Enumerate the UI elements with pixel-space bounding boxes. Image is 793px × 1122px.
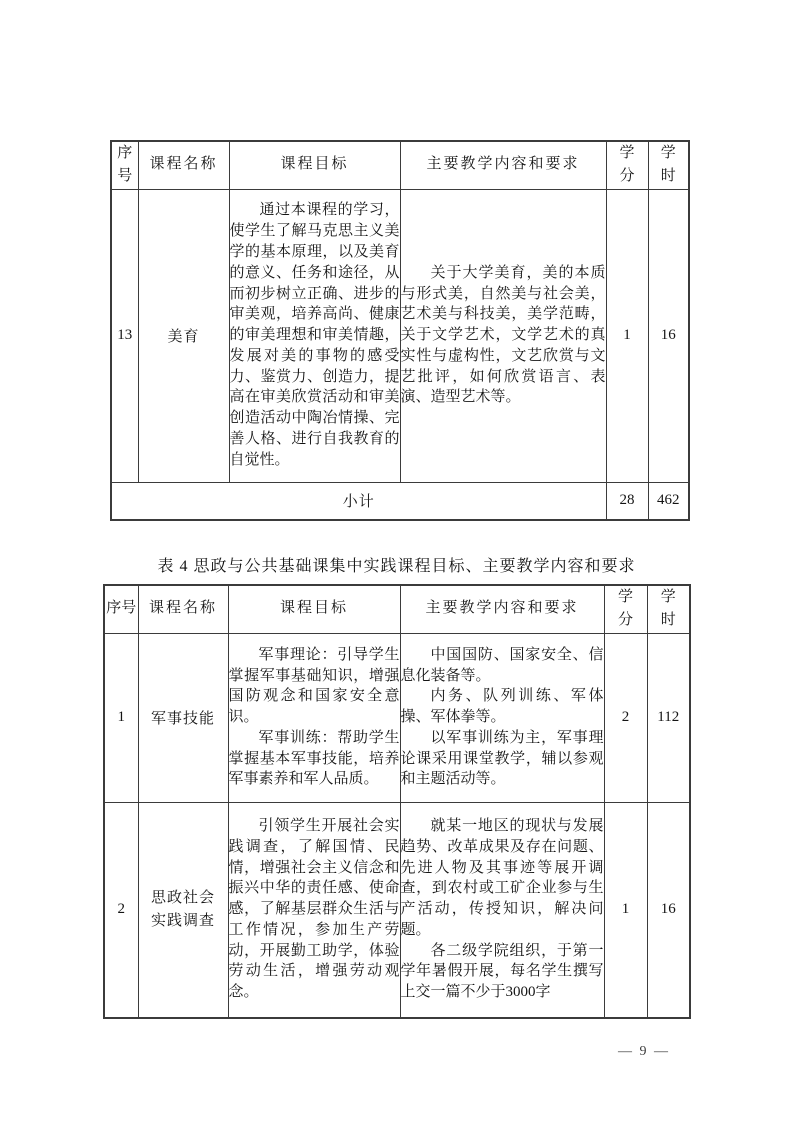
- table-row-military-skills: 1 军事技能 军事理论：引导学生掌握军事基础知识，增强国防观念和国家安全意识。 …: [104, 633, 690, 802]
- course-name: 美育: [138, 189, 229, 482]
- course-name: 军事技能: [138, 633, 228, 802]
- course-objective: 引领学生开展社会实践调查，了解国情、民情，增强社会主义信念和振兴中华的责任感、使…: [228, 802, 400, 1018]
- practice-courses-table: 序号 课程名称 课程目标 主要教学内容和要求 学分 学时 1 军事技能 军事理论…: [103, 584, 691, 1019]
- table1-col-header-content: 主要教学内容和要求: [400, 141, 606, 189]
- subtotal-row: 小计 28 462: [111, 482, 689, 520]
- subtotal-label: 小计: [111, 482, 606, 520]
- document-page: 序号 课程名称 课程目标 主要教学内容和要求 学分 学时 13 美育 通过本课程…: [0, 0, 793, 1122]
- subtotal-credits: 28: [606, 482, 648, 520]
- table4-title: 表 4 思政与公共基础课集中实践课程目标、主要教学内容和要求: [0, 553, 793, 576]
- course-credits: 1: [604, 802, 647, 1018]
- content-paragraph: 内务、队列训练、军体操、军体拳等。: [401, 686, 604, 728]
- table1-col-header-seq: 序号: [111, 141, 138, 189]
- table-row-social-practice-survey: 2 思政社会实践调查 引领学生开展社会实践调查，了解国情、民情，增强社会主义信念…: [104, 802, 690, 1018]
- objective-paragraph: 引领学生开展社会实践调查，了解国情、民情，增强社会主义信念和振兴中华的责任感、使…: [229, 816, 400, 1003]
- content-paragraph: 中国国防、国家安全、信息化装备等。: [401, 645, 604, 687]
- table2-col-header-seq: 序号: [104, 585, 138, 633]
- table1-col-header-hours: 学时: [648, 141, 689, 189]
- course-seq: 2: [104, 802, 138, 1018]
- table2-col-header-hours: 学时: [647, 585, 690, 633]
- table2-col-header-content: 主要教学内容和要求: [400, 585, 604, 633]
- objective-paragraph: 军事理论：引导学生掌握军事基础知识，增强国防观念和国家安全意识。: [229, 645, 400, 728]
- course-credits: 1: [606, 189, 648, 482]
- course-seq: 13: [111, 189, 138, 482]
- course-name: 思政社会实践调查: [138, 802, 228, 1018]
- course-hours: 112: [647, 633, 690, 802]
- course-objective: 军事理论：引导学生掌握军事基础知识，增强国防观念和国家安全意识。 军事训练：帮助…: [228, 633, 400, 802]
- course-objective: 通过本课程的学习，使学生了解马克思主义美学的基本原理，以及美育的意义、任务和途径…: [229, 189, 400, 482]
- objective-paragraph: 军事训练：帮助学生掌握基本军事技能，培养军事素养和军人品质。: [229, 728, 400, 790]
- course-content: 中国国防、国家安全、信息化装备等。 内务、队列训练、军体操、军体拳等。 以军事训…: [400, 633, 604, 802]
- content-paragraph: 就某一地区的现状与发展趋势、改革成果及存在问题、先进人物及其事迹等展开调查，到农…: [401, 816, 604, 941]
- course-content: 关于大学美育，美的本质与形式美，自然美与社会美，艺术美与科技美，美学范畴，关于文…: [400, 189, 606, 482]
- course-content: 就某一地区的现状与发展趋势、改革成果及存在问题、先进人物及其事迹等展开调查，到农…: [400, 802, 604, 1018]
- table2-header-row: 序号 课程名称 课程目标 主要教学内容和要求 学分 学时: [104, 585, 690, 633]
- content-paragraph: 以军事训练为主，军事理论课采用课堂教学，辅以参观和主题活动等。: [401, 728, 604, 790]
- table2-col-header-course-name: 课程名称: [138, 585, 228, 633]
- table1-header-row: 序号 课程名称 课程目标 主要教学内容和要求 学分 学时: [111, 141, 689, 189]
- subtotal-hours: 462: [648, 482, 689, 520]
- page-number: — 9 —: [596, 1044, 692, 1060]
- table2-col-header-credits: 学分: [604, 585, 647, 633]
- course-hours: 16: [647, 802, 690, 1018]
- table1-col-header-objective: 课程目标: [229, 141, 400, 189]
- course-credits: 2: [604, 633, 647, 802]
- content-paragraph: 关于大学美育，美的本质与形式美，自然美与社会美，艺术美与科技美，美学范畴，关于文…: [401, 263, 606, 409]
- table-row-aesthetic-education: 13 美育 通过本课程的学习，使学生了解马克思主义美学的基本原理，以及美育的意义…: [111, 189, 689, 482]
- course-seq: 1: [104, 633, 138, 802]
- general-courses-table: 序号 课程名称 课程目标 主要教学内容和要求 学分 学时 13 美育 通过本课程…: [110, 140, 690, 521]
- table1-col-header-credits: 学分: [606, 141, 648, 189]
- table1-col-header-course-name: 课程名称: [138, 141, 229, 189]
- content-paragraph: 各二级学院组织，于第一学年暑假开展，每名学生撰写上交一篇不少于3000字: [401, 941, 604, 1003]
- course-hours: 16: [648, 189, 689, 482]
- table2-col-header-objective: 课程目标: [228, 585, 400, 633]
- objective-paragraph: 通过本课程的学习，使学生了解马克思主义美学的基本原理，以及美育的意义、任务和途径…: [230, 200, 400, 470]
